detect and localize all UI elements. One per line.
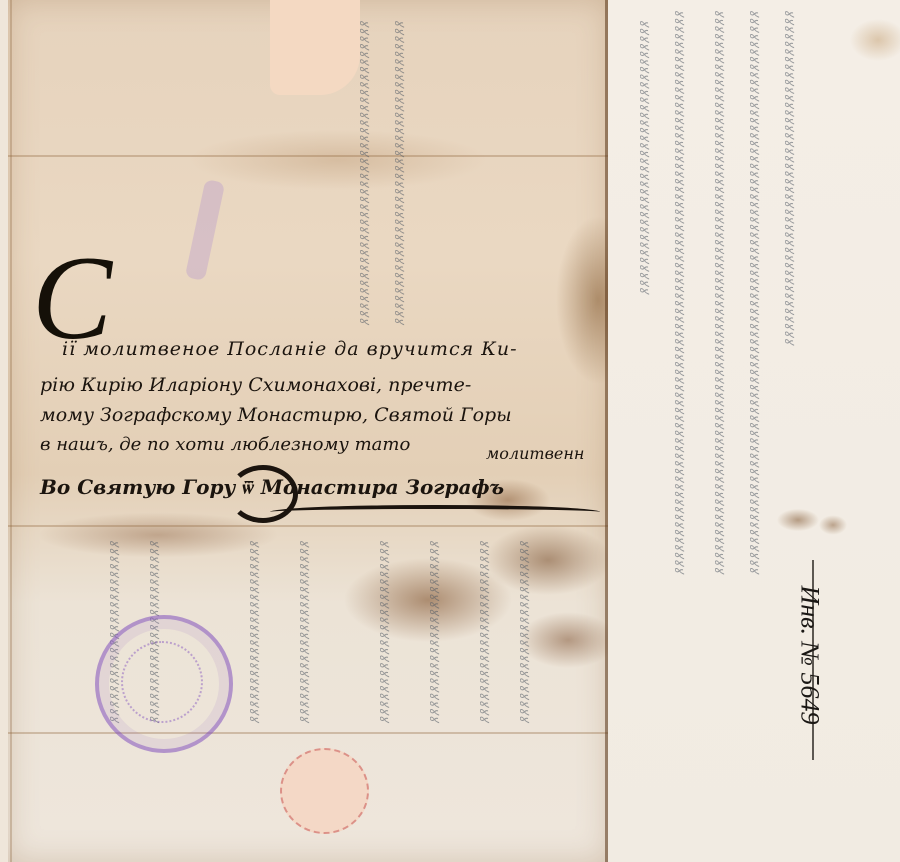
bleed-through-text: ꙋꙋꙋꙋꙋꙋꙋꙋꙋꙋꙋꙋꙋꙋꙋꙋꙋꙋꙋꙋꙋꙋꙋꙋꙋꙋꙋꙋꙋꙋꙋꙋꙋꙋꙋꙋꙋꙋꙋꙋ… xyxy=(675,10,685,840)
calligraphic-flourish xyxy=(270,505,600,519)
bleed-through-text: ꙋꙋꙋꙋꙋꙋꙋꙋꙋꙋꙋꙋꙋꙋꙋꙋꙋꙋꙋꙋꙋꙋꙋꙋꙋꙋꙋꙋꙋꙋꙋꙋꙋꙋꙋꙋꙋꙋꙋꙋ… xyxy=(750,10,760,840)
bleed-through-text: ꙋꙋꙋꙋꙋꙋꙋꙋꙋꙋꙋꙋꙋꙋꙋꙋꙋꙋꙋꙋꙋꙋꙋꙋ xyxy=(380,540,390,840)
bleed-through-text: ꙋꙋꙋꙋꙋꙋꙋꙋꙋꙋꙋꙋꙋꙋꙋꙋꙋꙋꙋꙋꙋꙋꙋꙋ xyxy=(480,540,490,840)
address-line-3: мому Зографскому Монастирю, Святой Горы xyxy=(40,404,512,426)
bleed-through-text: ꙋꙋꙋꙋꙋꙋꙋꙋꙋꙋꙋꙋꙋꙋꙋꙋꙋꙋꙋꙋꙋꙋꙋꙋ xyxy=(520,540,530,840)
fold-edge xyxy=(10,0,12,862)
torn-edge xyxy=(270,0,360,95)
bleed-through-text: ꙋꙋꙋꙋꙋꙋꙋꙋꙋꙋꙋꙋꙋꙋꙋꙋꙋꙋꙋꙋꙋꙋꙋꙋꙋꙋꙋꙋꙋꙋꙋꙋꙋꙋꙋꙋ xyxy=(640,20,650,300)
inventory-number: Инв. № 5649 xyxy=(794,586,824,725)
address-line-4: в нашъ, де по хоти люблезному тато xyxy=(40,434,410,455)
bleed-through-text: ꙋꙋꙋꙋꙋꙋꙋꙋꙋꙋꙋꙋꙋꙋꙋꙋꙋꙋꙋꙋꙋꙋꙋꙋꙋꙋꙋꙋꙋꙋꙋꙋꙋꙋꙋꙋꙋꙋꙋꙋ… xyxy=(715,10,725,840)
fold-line xyxy=(8,155,608,157)
address-line-1: ії молитвеное Посланіе да вручится Ки- xyxy=(62,338,518,360)
purple-stamp xyxy=(95,615,233,753)
fold-edge xyxy=(605,0,608,862)
manuscript-scan: ꙋꙋꙋꙋꙋꙋꙋꙋꙋꙋꙋꙋꙋꙋꙋꙋꙋꙋꙋꙋꙋꙋꙋꙋꙋꙋꙋꙋꙋꙋꙋꙋꙋꙋꙋꙋ ꙋꙋꙋ… xyxy=(0,0,900,862)
wax-seal-remnant xyxy=(280,748,369,834)
inventory-underline xyxy=(812,560,814,760)
signature-label: молитвенн xyxy=(486,444,584,463)
fold-line xyxy=(8,525,608,527)
bleed-through-text: ꙋꙋꙋꙋꙋꙋꙋꙋꙋꙋꙋꙋꙋꙋꙋꙋꙋꙋꙋꙋꙋꙋꙋꙋ xyxy=(250,540,260,840)
bleed-through-text: ꙋꙋꙋꙋꙋꙋꙋꙋꙋꙋꙋꙋꙋꙋꙋꙋꙋꙋꙋꙋꙋꙋꙋꙋ xyxy=(430,540,440,840)
closing-line: Во Святую Гору ѿ Монастира Зографъ xyxy=(40,475,504,500)
stamp-inner-ring xyxy=(121,641,203,723)
address-line-2: рію Кирію Иларіону Схимонахові, пречте- xyxy=(40,374,471,396)
bleed-through-text: ꙋꙋꙋꙋꙋꙋꙋꙋꙋꙋꙋꙋꙋꙋꙋꙋꙋꙋꙋꙋꙋꙋꙋꙋꙋꙋꙋꙋꙋꙋꙋꙋꙋꙋꙋꙋꙋꙋꙋꙋ… xyxy=(785,10,795,550)
